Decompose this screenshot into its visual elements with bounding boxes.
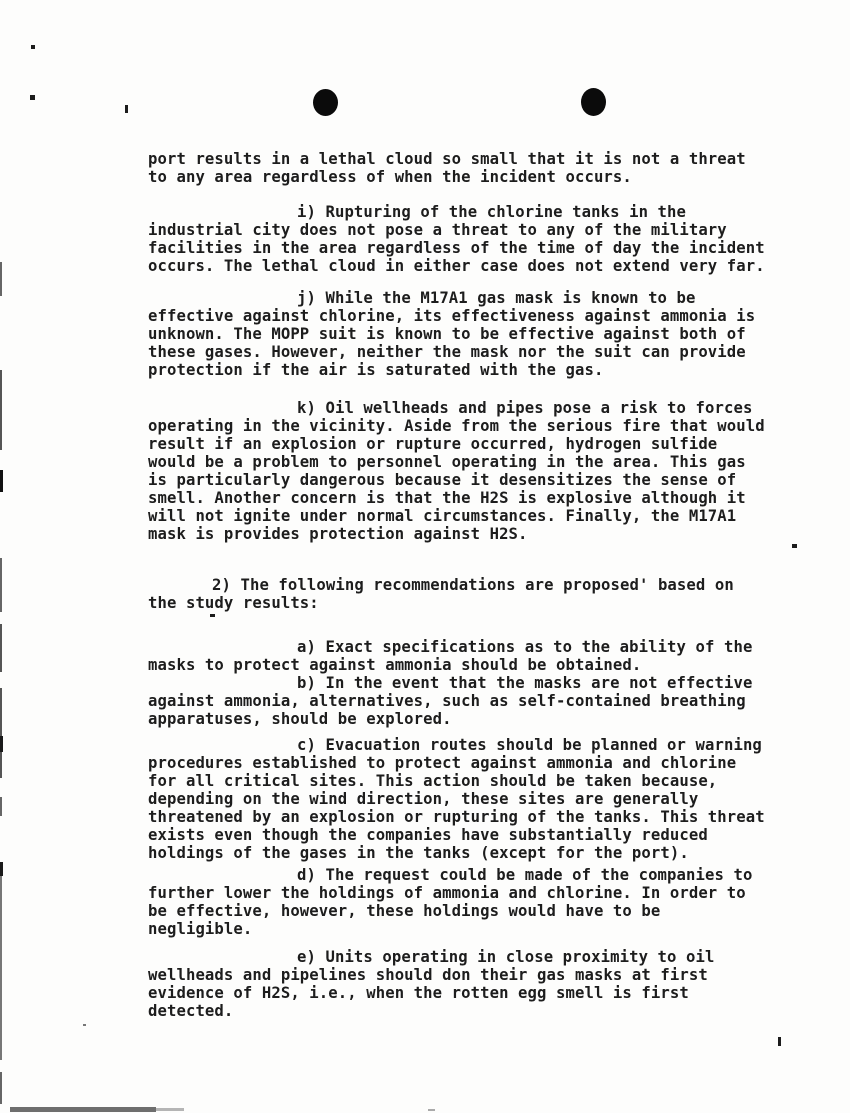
scan-edge-artifact bbox=[0, 688, 2, 778]
ink-speck bbox=[210, 614, 215, 617]
ink-speck bbox=[31, 45, 35, 49]
paragraph-item-k: k) Oil wellheads and pipes pose a risk t… bbox=[148, 399, 765, 543]
ink-speck bbox=[778, 1037, 781, 1046]
paragraph-item-j: j) While the M17A1 gas mask is known to … bbox=[148, 289, 755, 379]
ink-speck bbox=[30, 95, 35, 100]
scan-edge-artifact bbox=[0, 470, 3, 492]
scan-edge-artifact bbox=[0, 624, 2, 672]
paragraph-item-b: b) In the event that the masks are not e… bbox=[148, 674, 752, 728]
ink-speck bbox=[792, 544, 797, 548]
ink-speck bbox=[83, 1024, 86, 1026]
scanned-document-page: port results in a lethal cloud so small … bbox=[0, 0, 850, 1113]
scan-edge-artifact bbox=[0, 370, 2, 450]
scan-bottom-bar-artifact bbox=[10, 1107, 156, 1112]
scan-edge-artifact bbox=[0, 262, 2, 296]
paragraph-item-e: e) Units operating in close proximity to… bbox=[148, 948, 714, 1020]
scan-edge-artifact bbox=[0, 797, 2, 816]
ink-speck bbox=[428, 1109, 435, 1111]
paragraph-item-c: c) Evacuation routes should be planned o… bbox=[148, 736, 765, 862]
paragraph-recommendations: 2) The following recommendations are pro… bbox=[148, 576, 734, 612]
scan-edge-artifact bbox=[0, 862, 3, 876]
paragraph-item-d: d) The request could be made of the comp… bbox=[148, 866, 752, 938]
scan-edge-artifact bbox=[0, 862, 2, 1060]
ink-speck bbox=[125, 105, 128, 113]
scan-edge-artifact bbox=[0, 558, 2, 612]
paragraph-item-a: a) Exact specifications as to the abilit… bbox=[148, 638, 752, 674]
punch-hole-right-icon bbox=[581, 88, 606, 116]
punch-hole-left-icon bbox=[313, 89, 338, 116]
scan-edge-artifact bbox=[0, 1072, 2, 1104]
paragraph-intro: port results in a lethal cloud so small … bbox=[148, 150, 746, 186]
paragraph-item-i: i) Rupturing of the chlorine tanks in th… bbox=[148, 203, 765, 275]
scan-bottom-bar-artifact bbox=[156, 1108, 184, 1111]
scan-edge-artifact bbox=[0, 736, 3, 752]
